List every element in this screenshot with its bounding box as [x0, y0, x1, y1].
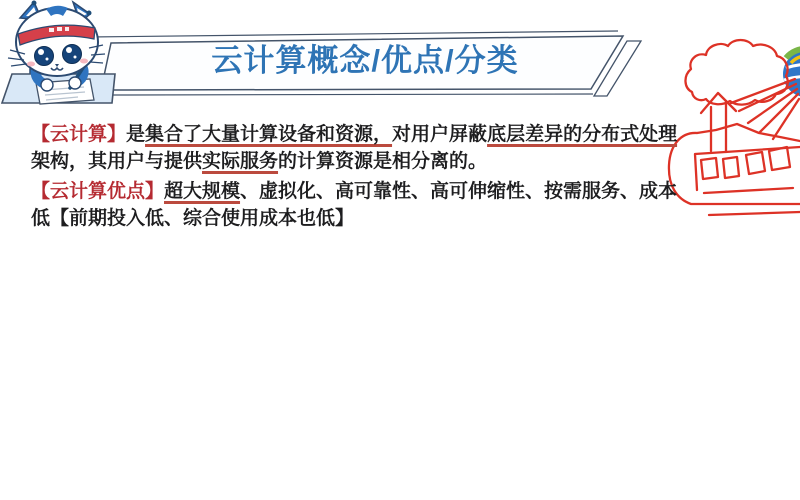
slide-title: 云计算概念/优点/分类 [150, 44, 580, 78]
definition-line-1: 【云计算】是集合了大量计算设备和资源，对用户屏蔽底层差异的分布式处理 [31, 121, 677, 148]
advantages-paragraph: 【云计算优点】超大规模、虚拟化、高可靠性、高可伸缩性、按需服务、成本 低【前期投… [31, 178, 677, 232]
advantages-line-2: 低【前期投入低、综合使用成本也低】 [31, 205, 677, 232]
advantages-line-1: 【云计算优点】超大规模、虚拟化、高可靠性、高可伸缩性、按需服务、成本 [31, 178, 677, 205]
headband [18, 25, 95, 45]
underlined-text: 底层差异的分布式处理 [487, 124, 677, 145]
slide-canvas: 云计算概念/优点/分类 【云计算】是集合了大量计算设备和资源，对用户屏蔽底层差异… [0, 0, 800, 500]
paper-icon [36, 79, 94, 104]
cat-mascot-illustration [2, 1, 115, 105]
definition-paragraph: 【云计算】是集合了大量计算设备和资源，对用户屏蔽底层差异的分布式处理 架构，其用… [31, 121, 677, 175]
globe-internet-logo-icon [783, 49, 800, 97]
underlined-text: 集合了大量计算设备和资源， [145, 124, 392, 145]
cloud-servers-doodle-icon [669, 40, 800, 215]
underlined-text: 实际服务 [202, 151, 278, 172]
term-label: 【云计算】 [31, 124, 126, 145]
underlined-text: 超大规模 [164, 181, 240, 202]
pen-icon [70, 63, 86, 88]
definition-line-2: 架构，其用户与提供实际服务的计算资源是相分离的。 [31, 148, 677, 175]
term-label: 【云计算优点】 [31, 181, 164, 202]
desk-shape [2, 74, 115, 103]
